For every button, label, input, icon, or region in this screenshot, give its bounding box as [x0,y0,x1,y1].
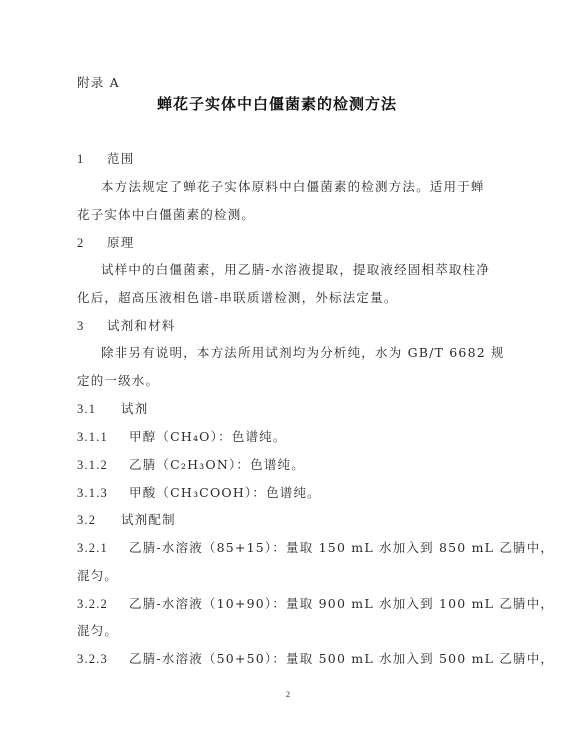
item-3-2-1: 3.2.1乙腈-水溶液（85+15）：量取 150 mL 水加入到 850 mL… [77,538,554,556]
section-title: 试剂配制 [121,512,176,527]
paragraph-line: 定的一级水。 [77,371,159,389]
section-3-2-heading: 3.2试剂配制 [77,510,176,528]
item-number: 3.1.2 [77,458,129,473]
page-number: 2 [286,690,290,699]
section-number: 3.2 [77,513,121,528]
paragraph-line: 花子实体中白僵菌素的检测。 [77,205,255,223]
item-text: 乙腈-水溶液（10+90）：量取 900 mL 水加入到 100 mL 乙腈中， [129,596,554,611]
item-3-2-3: 3.2.3乙腈-水溶液（50+50）：量取 500 mL 水加入到 500 mL… [77,649,554,667]
item-text: 甲醇（CH₄O）：色谱纯。 [129,429,287,444]
paragraph-line: 混匀。 [77,566,118,584]
paragraph-line: 混匀。 [77,621,118,639]
item-number: 3.1.1 [77,430,129,445]
document-title: 蝉花子实体中白僵菌素的检测方法 [157,93,397,114]
appendix-label: 附录 A [77,73,120,91]
item-number: 3.2.2 [77,597,129,612]
paragraph-line: 化后，超高压液相色谱-串联质谱检测，外标法定量。 [77,288,398,306]
section-number: 1 [77,152,107,167]
paragraph-line: 本方法规定了蝉花子实体原料中白僵菌素的检测方法。适用于蝉 [101,177,485,195]
section-title: 试剂和材料 [107,318,176,333]
section-number: 3 [77,319,107,334]
section-number: 2 [77,236,107,251]
item-number: 3.2.3 [77,652,129,667]
item-3-1-3: 3.1.3甲酸（CH₃COOH）：色谱纯。 [77,483,321,501]
section-1-heading: 1范围 [77,149,134,167]
item-number: 3.1.3 [77,486,129,501]
item-3-1-1: 3.1.1甲醇（CH₄O）：色谱纯。 [77,427,287,445]
section-title: 原理 [107,235,134,250]
section-3-1-heading: 3.1试剂 [77,399,148,417]
item-number: 3.2.1 [77,541,129,556]
section-title: 范围 [107,151,134,166]
item-text: 乙腈（C₂H₃ON）：色谱纯。 [129,457,305,472]
item-text: 乙腈-水溶液（50+50）：量取 500 mL 水加入到 500 mL 乙腈中， [129,651,554,666]
section-title: 试剂 [121,401,148,416]
section-2-heading: 2原理 [77,233,134,251]
item-3-2-2: 3.2.2乙腈-水溶液（10+90）：量取 900 mL 水加入到 100 mL… [77,594,554,612]
section-number: 3.1 [77,402,121,417]
section-3-heading: 3试剂和材料 [77,316,176,334]
paragraph-line: 除非另有说明，本方法所用试剂均为分析纯，水为 GB/T 6682 规 [101,343,505,361]
paragraph-line: 试样中的白僵菌素，用乙腈-水溶液提取，提取液经固相萃取柱净 [101,260,490,278]
item-text: 乙腈-水溶液（85+15）：量取 150 mL 水加入到 850 mL 乙腈中， [129,540,554,555]
item-3-1-2: 3.1.2乙腈（C₂H₃ON）：色谱纯。 [77,455,305,473]
item-text: 甲酸（CH₃COOH）：色谱纯。 [129,485,321,500]
